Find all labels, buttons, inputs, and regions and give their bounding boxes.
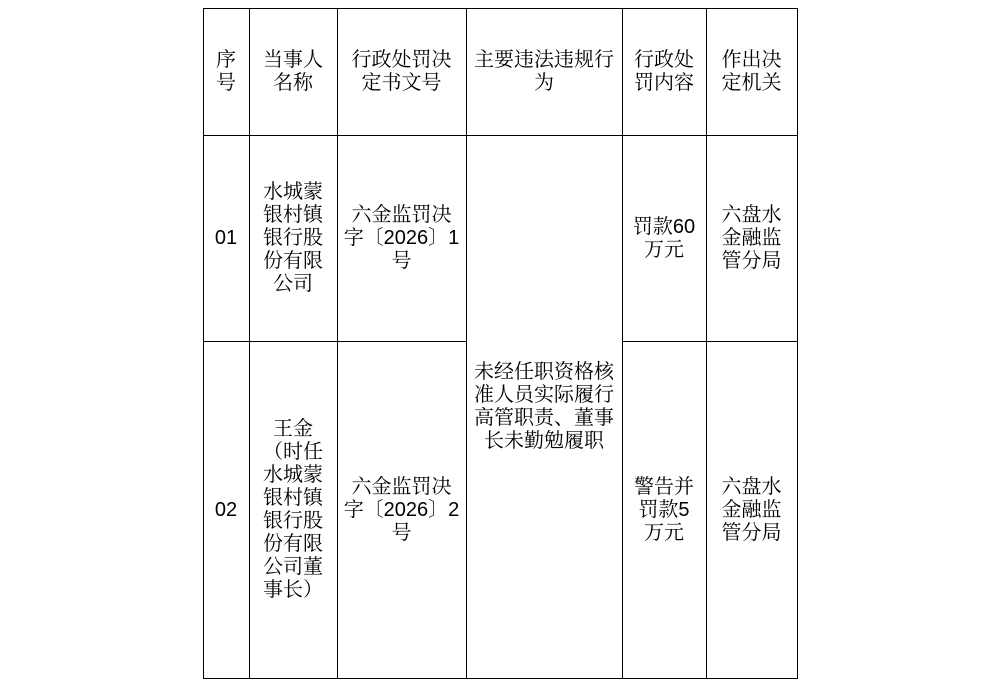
decision-number-cell: 六金监罚决字〔2026〕1号 [337, 136, 466, 342]
authority-cell: 六盘水金融监管分局 [706, 342, 797, 679]
violation-cell: 未经任职资格核准人员实际履行高管职责、董事长未勤勉履职 [466, 136, 622, 679]
table-row: 01 水城蒙银村镇银行股份有限公司 六金监罚决字〔2026〕1号 未经任职资格核… [203, 136, 797, 342]
serial-cell: 02 [203, 342, 249, 679]
header-cell-doc-number: 行政处罚决定书文号 [337, 9, 466, 136]
party-name-cell: 王金（时任水城蒙银村镇银行股份有限公司董事长） [249, 342, 337, 679]
penalty-table: 序号 当事人名称 行政处罚决定书文号 主要违法违规行为 行政处罚内容 作出决定机… [203, 8, 798, 679]
header-cell-violation: 主要违法违规行为 [466, 9, 622, 136]
header-cell-penalty: 行政处罚内容 [622, 9, 706, 136]
header-row: 序号 当事人名称 行政处罚决定书文号 主要违法违规行为 行政处罚内容 作出决定机… [203, 9, 797, 136]
serial-cell: 01 [203, 136, 249, 342]
authority-cell: 六盘水金融监管分局 [706, 136, 797, 342]
header-cell-authority: 作出决定机关 [706, 9, 797, 136]
penalty-cell: 警告并罚款5万元 [622, 342, 706, 679]
header-cell-party: 当事人名称 [249, 9, 337, 136]
header-cell-serial: 序号 [203, 9, 249, 136]
party-name-cell: 水城蒙银村镇银行股份有限公司 [249, 136, 337, 342]
decision-number-cell: 六金监罚决字〔2026〕2号 [337, 342, 466, 679]
penalty-cell: 罚款60万元 [622, 136, 706, 342]
page-background: 序号 当事人名称 行政处罚决定书文号 主要违法违规行为 行政处罚内容 作出决定机… [0, 8, 1000, 695]
